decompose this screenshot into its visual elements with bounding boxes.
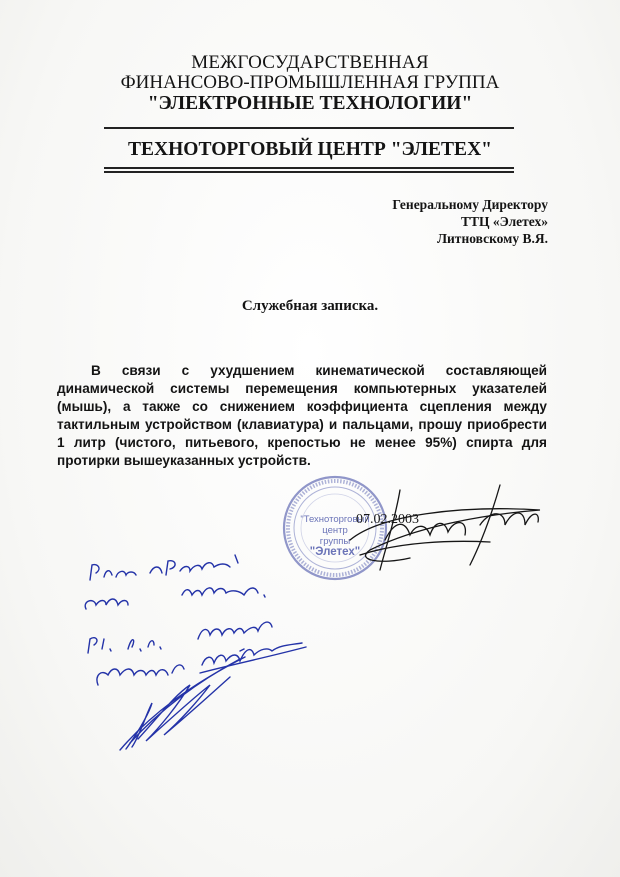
addressee-position: Генеральному Директору: [392, 196, 548, 213]
addressee-organization: ТТЦ «Элетех»: [392, 213, 548, 230]
letterhead-divider-double-bottom: [104, 171, 514, 173]
letterhead-subunit: ТЕХНОТОРГОВЫЙ ЦЕНТР "ЭЛЕТЕХ": [100, 139, 520, 161]
letterhead-line-1: МЕЖГОСУДАРСТВЕННАЯ: [100, 52, 520, 74]
memo-body: В связи с ухудшением кинематической сост…: [57, 362, 547, 470]
addressee-name: Литновскому В.Я.: [392, 230, 548, 247]
letterhead-divider: [104, 127, 514, 129]
letterhead-divider-double-top: [104, 167, 514, 169]
handwritten-resolution-icon: [80, 535, 330, 765]
addressee-block: Генеральному Директору ТТЦ «Элетех» Литн…: [392, 196, 548, 247]
author-signature-icon: [340, 480, 560, 580]
letterhead-line-3: "ЭЛЕКТРОННЫЕ ТЕХНОЛОГИИ": [100, 93, 520, 115]
document-title: Служебная записка.: [0, 298, 620, 315]
document-page: МЕЖГОСУДАРСТВЕННАЯ ФИНАНСОВО-ПРОМЫШЛЕННА…: [0, 0, 620, 877]
letterhead-line-2: ФИНАНСОВО-ПРОМЫШЛЕННАЯ ГРУППА: [100, 72, 520, 94]
